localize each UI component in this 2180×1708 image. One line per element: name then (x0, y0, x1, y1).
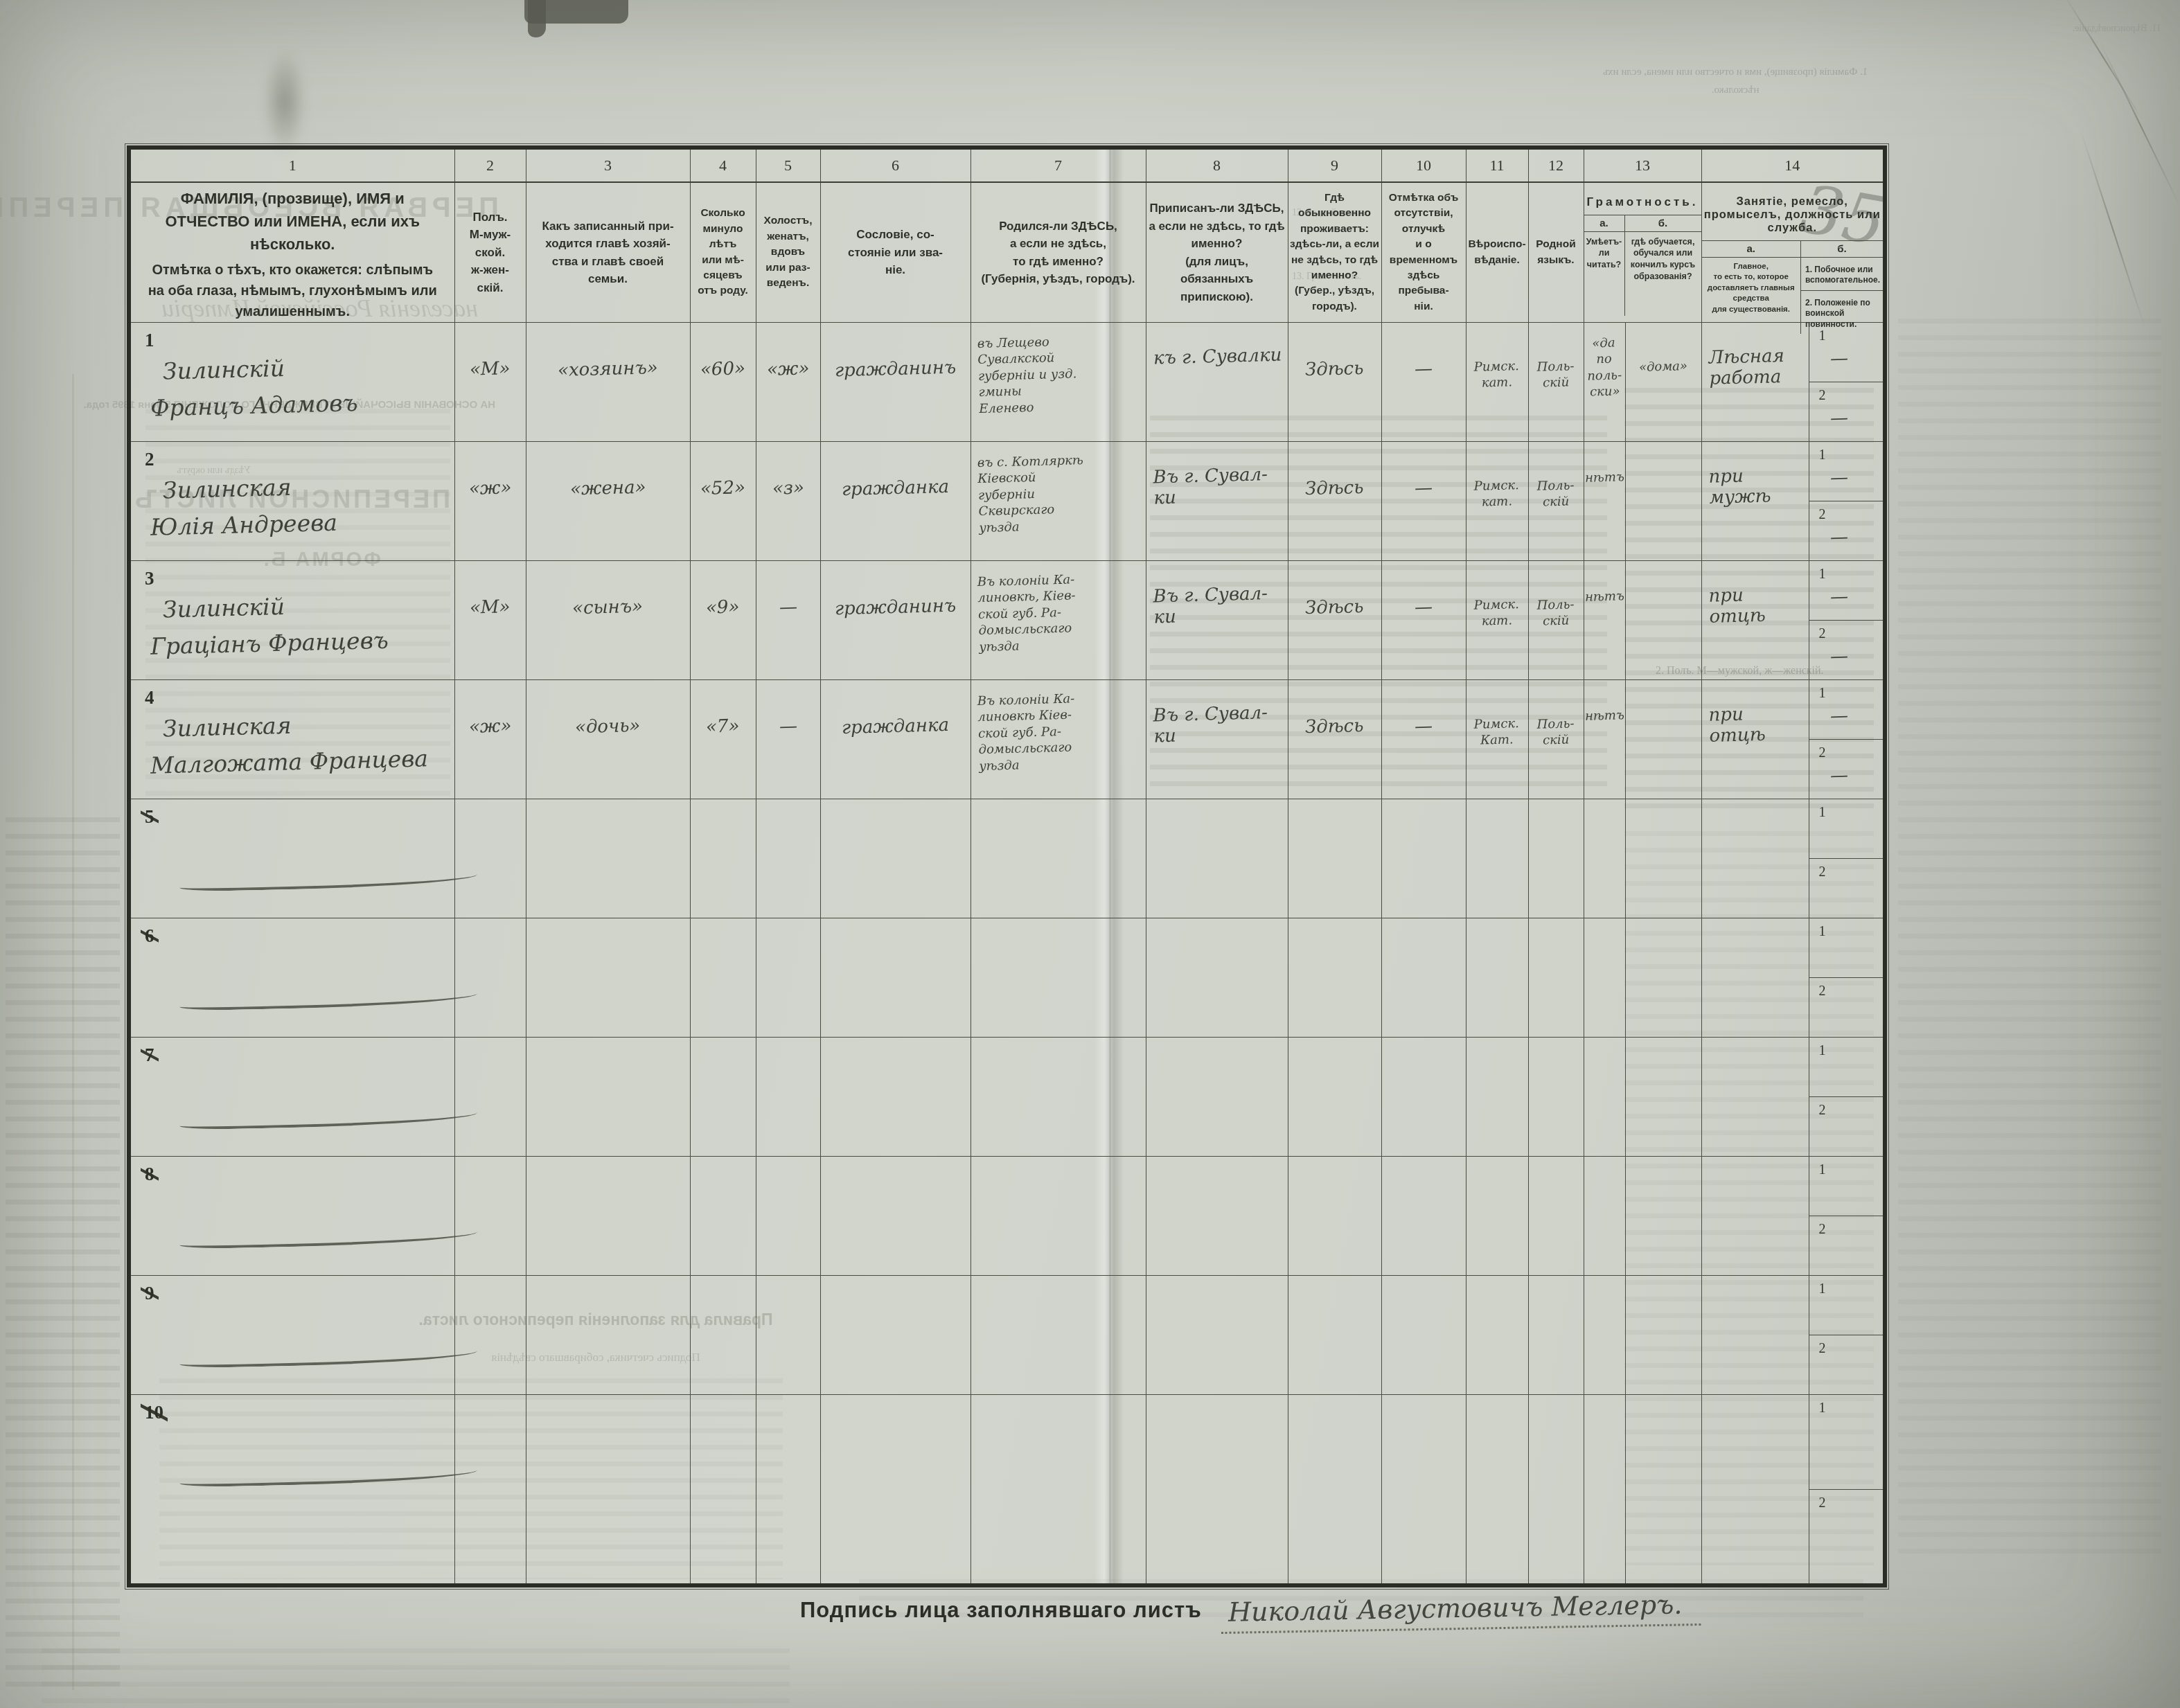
colnum-9: 9 (1288, 148, 1381, 182)
cell-birthplace (971, 1395, 1146, 1586)
cell-relation (526, 918, 690, 1038)
side-item-2-number: 2 (1819, 388, 1884, 404)
header-religion-text: Вѣроиспо- вѣданіе. (1466, 235, 1528, 269)
cell-estate: гражданинъ (820, 323, 971, 442)
absence-handwriting: — (1415, 359, 1433, 380)
occupation-handwriting: Лѣсная работа (1708, 345, 1805, 389)
census-table: 1 2 3 4 5 6 7 8 9 10 11 12 13 14 ФАМИЛІЯ… (127, 145, 1887, 1587)
cell-estate: гражданинъ (820, 561, 971, 680)
cell-literacy (1584, 1038, 1625, 1157)
absence-handwriting: — (1415, 716, 1433, 738)
cell-language (1528, 918, 1584, 1038)
ascription-handwriting: Въ г. Сувал- ки (1153, 464, 1284, 509)
birthplace-handwriting: въ Лещево Сувалкской губерніи и узд. гми… (977, 332, 1142, 417)
cell-occupation-side: 1 2 (1809, 1157, 1885, 1276)
cell-education (1625, 561, 1701, 680)
marital-handwriting: «ж» (766, 358, 809, 380)
cell-absence (1381, 1038, 1466, 1157)
cell-relation: «жена» (526, 442, 690, 561)
cell-marital: «ж» (756, 323, 820, 442)
column-number-row: 1 2 3 4 5 6 7 8 9 10 11 12 13 14 (129, 148, 1885, 182)
header-literacy-a-text: Умѣетъ- ли читать? (1584, 232, 1624, 316)
cell-occupation (1701, 1038, 1809, 1157)
side-item-1-number: 1 (1819, 686, 1884, 702)
side1-handwriting: — (1829, 468, 1848, 489)
sex-handwriting: «М» (470, 358, 511, 380)
blank-row-stroke (179, 871, 477, 891)
cell-relation (526, 1157, 690, 1276)
religion-handwriting: Римск. кат. (1474, 477, 1520, 510)
cell-residence (1288, 1395, 1381, 1586)
cell-absence: — (1381, 442, 1466, 561)
cell-literacy: нѣтъ (1584, 442, 1625, 561)
side2-handwriting: — (1829, 646, 1848, 668)
cell-age: «7» (690, 680, 756, 799)
side-item-1-number: 1 (1819, 924, 1884, 940)
header-occupation-a-label: а. (1702, 241, 1800, 258)
cell-language (1528, 1038, 1584, 1157)
colnum-4: 4 (690, 148, 756, 182)
header-ascription: Приписанъ-ли ЗДѢСЬ, а если не здѣсь, то … (1146, 182, 1288, 323)
literacy-handwriting: нѣтъ (1584, 588, 1624, 605)
cell-relation (526, 1276, 690, 1395)
cell-residence: Здѣсь (1288, 561, 1381, 680)
row-number-struck: 10 (141, 1402, 168, 1423)
cell-name: 9 (129, 1276, 454, 1395)
header-literacy-a-label: а. (1584, 215, 1624, 232)
side2-handwriting: — (1829, 527, 1848, 549)
cell-relation (526, 1395, 690, 1586)
blank-row-stroke (179, 990, 477, 1011)
imperial-eagle-watermark (263, 50, 306, 154)
cell-education (1625, 1157, 1701, 1276)
cell-estate: гражданка (820, 680, 971, 799)
colnum-8: 8 (1146, 148, 1288, 182)
cell-sex (454, 1395, 526, 1586)
cell-religion (1466, 1276, 1528, 1395)
table-row-empty: 8 1 2 (129, 1157, 1885, 1276)
cell-estate (820, 1038, 971, 1157)
cell-name: 5 (129, 799, 454, 918)
cell-absence (1381, 1276, 1466, 1395)
side-item-1-number: 1 (1819, 805, 1884, 821)
header-age-text: Сколько минуло лѣтъ или мѣ- сяцевъ отъ р… (691, 204, 756, 301)
bleed-text-block (1898, 319, 2161, 1565)
cell-education: «дома» (1625, 323, 1701, 442)
torn-edge-mark-small (528, 0, 546, 37)
cell-marital: — (756, 680, 820, 799)
colnum-12: 12 (1528, 148, 1584, 182)
age-handwriting: «60» (700, 358, 746, 380)
relation-handwriting: «хозяинъ» (558, 357, 658, 381)
occupation-handwriting: при отцѣ (1708, 702, 1805, 747)
cell-estate (820, 918, 971, 1038)
cell-age (690, 918, 756, 1038)
cell-ascription: къ г. Сувалки (1146, 323, 1288, 442)
cell-literacy (1584, 1276, 1625, 1395)
cell-name: 8 (129, 1157, 454, 1276)
residence-handwriting: Здѣсь (1305, 358, 1364, 380)
side2-handwriting: — (1829, 765, 1848, 787)
cell-occupation: при мужѣ (1701, 442, 1809, 561)
header-occupation-title: Занятіе, ремесло, промыселъ, должность и… (1702, 190, 1884, 241)
cell-residence (1288, 918, 1381, 1038)
cell-occupation (1701, 1276, 1809, 1395)
colnum-13: 13 (1584, 148, 1701, 182)
row-number: 4 (141, 687, 159, 709)
age-handwriting: «9» (706, 596, 740, 618)
side-item-1-number: 1 (1819, 567, 1884, 582)
cell-religion: Римск. кат. (1466, 561, 1528, 680)
colnum-11: 11 (1466, 148, 1528, 182)
cell-occupation-side: 1 2 (1809, 799, 1885, 918)
birthplace-handwriting: въ с. Котляркѣ Кіевской губерніи Сквирск… (977, 451, 1142, 536)
cell-birthplace (971, 799, 1146, 918)
header-estate: Сословіе, со- стояніе или зва- ніе. (820, 182, 971, 323)
religion-handwriting: Римск. кат. (1474, 358, 1520, 391)
cell-marital (756, 918, 820, 1038)
cell-residence (1288, 1038, 1381, 1157)
cell-marital: «з» (756, 442, 820, 561)
colnum-14: 14 (1701, 148, 1885, 182)
cell-residence: Здѣсь (1288, 680, 1381, 799)
row-number: 1 (141, 330, 159, 351)
cell-education (1625, 1038, 1701, 1157)
side-item-2-number: 2 (1819, 1341, 1884, 1357)
table-row: 3 Зилинскій Граціанъ Францевъ «М» «сынъ»… (129, 561, 1885, 680)
header-marital-text: Холостъ, женатъ, вдовъ или раз- веденъ. (756, 212, 820, 292)
cell-age: «52» (690, 442, 756, 561)
cell-age (690, 1276, 756, 1395)
cell-language: Поль- скій (1528, 680, 1584, 799)
row-number-struck: 9 (141, 1283, 159, 1304)
blank-row-stroke (179, 1110, 477, 1130)
header-relation-text: Какъ записанный при- ходится главѣ хозяй… (526, 216, 690, 290)
given-name-handwriting: Малгожата Францева (150, 744, 454, 779)
header-birthplace-text: Родился-ли ЗДѢСЬ, а если не здѣсь, то гд… (971, 216, 1146, 290)
cell-residence (1288, 1157, 1381, 1276)
cell-ascription (1146, 1157, 1288, 1276)
relation-handwriting: «жена» (569, 477, 646, 500)
residence-handwriting: Здѣсь (1305, 596, 1364, 619)
signature-handwriting: Николай Августовичъ Меглеръ. (1221, 1589, 1700, 1634)
cell-sex (454, 1276, 526, 1395)
relation-handwriting: «дочь» (575, 715, 641, 738)
side-item-2-number: 2 (1819, 1222, 1884, 1238)
table-row: 4 Зилинская Малгожата Францева «ж» «дочь… (129, 680, 1885, 799)
header-language: Родной языкъ. (1528, 182, 1584, 323)
marital-handwriting: — (779, 597, 797, 619)
colnum-1: 1 (129, 148, 454, 182)
cell-name: 1 Зилинскій Францъ Адамовъ (129, 323, 454, 442)
surname-handwriting: Зилинскій (163, 350, 454, 385)
side-item-2-number: 2 (1819, 507, 1884, 523)
birthplace-handwriting: Въ колоніи Ка- линовкѣ Кіев- ской губ. Р… (977, 689, 1142, 774)
header-age: Сколько минуло лѣтъ или мѣ- сяцевъ отъ р… (690, 182, 756, 323)
cell-sex: «ж» (454, 442, 526, 561)
cell-residence: Здѣсь (1288, 323, 1381, 442)
table-row-empty: 10 1 2 (129, 1395, 1885, 1586)
watermark-instruction-top-right: 1. Фамилія (прозвище), имя и отчество ил… (1586, 64, 1884, 99)
header-residence: Гдѣ обыкновенно проживаетъ: здѣсь-ли, а … (1288, 182, 1381, 323)
colnum-10: 10 (1381, 148, 1466, 182)
side-item-1-number: 1 (1819, 1281, 1884, 1297)
side1-handwriting: — (1829, 587, 1848, 608)
cell-relation (526, 799, 690, 918)
cell-marital (756, 1395, 820, 1586)
side1-handwriting: — (1829, 706, 1848, 727)
given-name-handwriting: Юлія Андреева (150, 506, 454, 540)
cell-religion (1466, 1038, 1528, 1157)
surname-handwriting: Зилинскій (163, 589, 454, 623)
side-item-2-number: 2 (1819, 864, 1884, 880)
side-item-2-number: 2 (1819, 626, 1884, 642)
header-relation: Какъ записанный при- ходится главѣ хозяй… (526, 182, 690, 323)
side-item-2-number: 2 (1819, 745, 1884, 761)
given-name-handwriting: Граціанъ Францевъ (150, 625, 454, 659)
cell-literacy: «да по поль- ски» (1584, 323, 1625, 442)
cell-age (690, 799, 756, 918)
header-sex-text: Полъ. М-муж- ской. ж-жен- скій. (455, 207, 526, 299)
cell-ascription: Въ г. Сувал- ки (1146, 561, 1288, 680)
cell-education (1625, 1395, 1701, 1586)
language-handwriting: Поль- скій (1536, 596, 1575, 630)
cell-ascription: Въ г. Сувал- ки (1146, 680, 1288, 799)
row-number-struck: 7 (141, 1044, 159, 1066)
cell-birthplace (971, 1038, 1146, 1157)
row-number: 3 (141, 568, 159, 589)
cell-occupation-side: 1— 2— (1809, 323, 1885, 442)
header-occupation-b-label: б. (1801, 241, 1883, 258)
cell-residence: Здѣсь (1288, 442, 1381, 561)
cell-absence (1381, 799, 1466, 918)
side1-handwriting: — (1829, 348, 1848, 370)
estate-handwriting: гражданка (842, 477, 950, 500)
ascription-handwriting: Въ г. Сувал- ки (1153, 583, 1284, 628)
side-item-1-number: 1 (1819, 1043, 1884, 1059)
cell-name: 4 Зилинская Малгожата Францева (129, 680, 454, 799)
row-number: 2 (141, 449, 159, 470)
header-absence: Отмѣтка объ отсутствіи, отлучкѣ и о врем… (1381, 182, 1466, 323)
absence-handwriting: — (1415, 478, 1433, 499)
cell-religion (1466, 1395, 1528, 1586)
bleed-text-block (42, 1648, 790, 1704)
relation-handwriting: «сынъ» (572, 596, 644, 619)
cell-marital (756, 799, 820, 918)
table-row-empty: 9 1 2 (129, 1276, 1885, 1395)
cell-estate (820, 1395, 971, 1586)
cell-birthplace: въ с. Котляркѣ Кіевской губерніи Сквирск… (971, 442, 1146, 561)
side-item-2-number: 2 (1819, 1103, 1884, 1119)
cell-birthplace: въ Лещево Сувалкской губерніи и узд. гми… (971, 323, 1146, 442)
side-item-1-number: 1 (1819, 1400, 1884, 1416)
cell-sex (454, 918, 526, 1038)
cell-language (1528, 1276, 1584, 1395)
header-name-note: Отмѣтка о тѣхъ, кто окажется: слѣпымъ на… (131, 260, 454, 322)
cell-ascription (1146, 1395, 1288, 1586)
cell-ascription (1146, 799, 1288, 918)
cell-estate (820, 1157, 971, 1276)
header-birthplace: Родился-ли ЗДѢСЬ, а если не здѣсь, то гд… (971, 182, 1146, 323)
cell-birthplace: Въ колоніи Ка- линовкѣ, Кіев- ской губ. … (971, 561, 1146, 680)
cell-estate (820, 799, 971, 918)
signature-row: Подпись лица заполнявшаго листъ Николай … (800, 1593, 1700, 1630)
cell-occupation-side: 1— 2— (1809, 561, 1885, 680)
cell-ascription (1146, 918, 1288, 1038)
cell-absence: — (1381, 680, 1466, 799)
header-row: ФАМИЛІЯ, (прозвище), ИМЯ и ОТЧЕСТВО или … (129, 182, 1885, 323)
bleed-text-block (6, 817, 120, 1690)
cell-language: Поль- скій (1528, 442, 1584, 561)
cell-occupation (1701, 799, 1809, 918)
cell-literacy (1584, 1157, 1625, 1276)
cell-birthplace (971, 1276, 1146, 1395)
estate-handwriting: гражданинъ (835, 596, 957, 620)
cell-education (1625, 799, 1701, 918)
cell-relation: «хозяинъ» (526, 323, 690, 442)
literacy-handwriting: «да по поль- ски» (1586, 335, 1622, 400)
side-item-2-number: 2 (1819, 1495, 1884, 1511)
header-literacy-b-text: гдѣ обучается, обучался или кончилъ курс… (1625, 232, 1701, 316)
religion-handwriting: Римск. Кат. (1474, 715, 1520, 749)
header-marital: Холостъ, женатъ, вдовъ или раз- веденъ. (756, 182, 820, 323)
marital-handwriting: «з» (772, 477, 804, 499)
cell-occupation-side: 1— 2— (1809, 442, 1885, 561)
cell-marital (756, 1038, 820, 1157)
cell-relation: «дочь» (526, 680, 690, 799)
cell-occupation-side: 1 2 (1809, 918, 1885, 1038)
cell-education (1625, 1276, 1701, 1395)
cell-occupation-side: 1 2 (1809, 1038, 1885, 1157)
side-item-1-number: 1 (1819, 1162, 1884, 1178)
surname-handwriting: Зилинская (163, 470, 454, 504)
header-occupation: Занятіе, ремесло, промыселъ, должность и… (1701, 182, 1885, 323)
side-item-1-number: 1 (1819, 328, 1884, 344)
cell-language: Поль- скій (1528, 561, 1584, 680)
estate-handwriting: гражданка (842, 715, 950, 738)
cell-name: 10 (129, 1395, 454, 1586)
colnum-7: 7 (971, 148, 1146, 182)
cell-name: 7 (129, 1038, 454, 1157)
colnum-3: 3 (526, 148, 690, 182)
occupation-handwriting: при отцѣ (1708, 583, 1805, 628)
sex-handwriting: «М» (470, 596, 511, 619)
literacy-handwriting: нѣтъ (1584, 469, 1624, 486)
cell-absence (1381, 1395, 1466, 1586)
header-occupation-b1-text: 1. Побочное или вспомогательное. (1801, 258, 1883, 290)
cell-ascription: Въ г. Сувал- ки (1146, 442, 1288, 561)
row-number-struck: 5 (141, 806, 159, 828)
header-name-main: ФАМИЛІЯ, (прозвище), ИМЯ и ОТЧЕСТВО или … (131, 183, 454, 260)
occupation-handwriting: при мужѣ (1708, 464, 1805, 508)
cell-residence (1288, 1276, 1381, 1395)
row-number-struck: 8 (141, 1164, 159, 1185)
religion-handwriting: Римск. кат. (1474, 596, 1520, 630)
cell-sex: «М» (454, 323, 526, 442)
marital-handwriting: — (779, 716, 797, 738)
blank-row-stroke (179, 1229, 477, 1249)
side-item-1-number: 1 (1819, 447, 1884, 463)
header-sex: Полъ. М-муж- ской. ж-жен- скій. (454, 182, 526, 323)
cell-ascription (1146, 1276, 1288, 1395)
cell-marital: — (756, 561, 820, 680)
blank-row-stroke (179, 1348, 477, 1368)
header-ascription-text: Приписанъ-ли ЗДѢСЬ, а если не здѣсь, то … (1146, 198, 1288, 307)
cell-occupation (1701, 1395, 1809, 1586)
cell-sex: «ж» (454, 680, 526, 799)
cell-religion: Римск. Кат. (1466, 680, 1528, 799)
cell-absence (1381, 918, 1466, 1038)
row-number-struck: 6 (141, 925, 159, 947)
cell-absence (1381, 1157, 1466, 1276)
signature-label: Подпись лица заполнявшаго листъ (800, 1598, 1202, 1623)
cell-language: Поль- скій (1528, 323, 1584, 442)
cell-language (1528, 799, 1584, 918)
cell-education (1625, 442, 1701, 561)
language-handwriting: Поль- скій (1536, 477, 1575, 510)
cell-literacy (1584, 918, 1625, 1038)
cell-estate (820, 1276, 971, 1395)
colnum-6: 6 (820, 148, 971, 182)
cell-relation: «сынъ» (526, 561, 690, 680)
table-row: 1 Зилинскій Францъ Адамовъ «М» «хозяинъ»… (129, 323, 1885, 442)
cell-sex (454, 1157, 526, 1276)
age-handwriting: «7» (706, 715, 740, 737)
table-row-empty: 5 1 2 (129, 799, 1885, 918)
surname-handwriting: Зилинская (163, 708, 454, 742)
cell-birthplace (971, 918, 1146, 1038)
residence-handwriting: Здѣсь (1305, 715, 1364, 738)
cell-religion (1466, 1157, 1528, 1276)
cell-age: «60» (690, 323, 756, 442)
cell-ascription (1146, 1038, 1288, 1157)
cell-literacy: нѣтъ (1584, 561, 1625, 680)
residence-handwriting: Здѣсь (1305, 477, 1364, 499)
cell-occupation-side: 1 2 (1809, 1276, 1885, 1395)
cell-absence: — (1381, 561, 1466, 680)
given-name-handwriting: Францъ Адамовъ (150, 386, 454, 421)
cell-name: 3 Зилинскій Граціанъ Францевъ (129, 561, 454, 680)
header-literacy-title: Грамотность. (1584, 190, 1701, 215)
colnum-5: 5 (756, 148, 820, 182)
cell-relation (526, 1038, 690, 1157)
absence-handwriting: — (1415, 597, 1433, 619)
cell-name: 6 (129, 918, 454, 1038)
cell-religion (1466, 799, 1528, 918)
cell-occupation: при отцѣ (1701, 561, 1809, 680)
sex-handwriting: «ж» (468, 477, 511, 499)
cell-education (1625, 680, 1701, 799)
cell-language (1528, 1157, 1584, 1276)
cell-birthplace (971, 1157, 1146, 1276)
cell-occupation-side: 1 2 (1809, 1395, 1885, 1586)
side2-handwriting: — (1829, 408, 1848, 429)
cell-birthplace: Въ колоніи Ка- линовкѣ Кіев- ской губ. Р… (971, 680, 1146, 799)
header-estate-text: Сословіе, со- стояніе или зва- ніе. (821, 224, 971, 281)
cell-education (1625, 918, 1701, 1038)
table-row: 2 Зилинская Юлія Андреева «ж» «жена» «52… (129, 442, 1885, 561)
cell-language (1528, 1395, 1584, 1586)
age-handwriting: «52» (700, 477, 746, 499)
header-literacy-b-label: б. (1625, 215, 1701, 232)
ascription-handwriting: къ г. Сувалки (1153, 345, 1284, 369)
header-absence-text: Отмѣтка объ отсутствіи, отлучкѣ и о врем… (1382, 189, 1466, 317)
cell-occupation (1701, 1157, 1809, 1276)
birthplace-handwriting: Въ колоніи Ка- линовкѣ, Кіев- ской губ. … (977, 570, 1142, 655)
colnum-2: 2 (454, 148, 526, 182)
estate-handwriting: гражданинъ (835, 357, 957, 382)
header-religion: Вѣроиспо- вѣданіе. (1466, 182, 1528, 323)
